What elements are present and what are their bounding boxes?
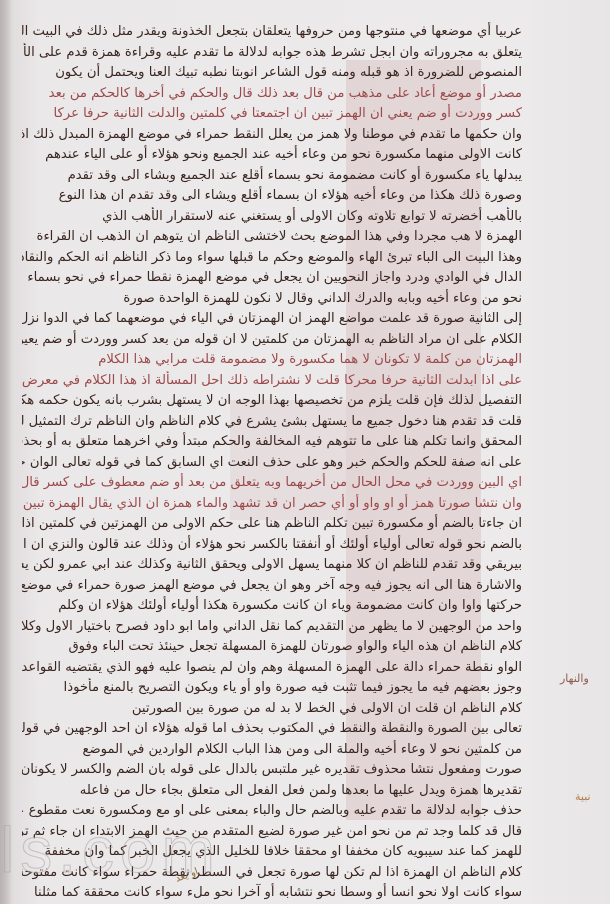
manuscript-line: وهذا البيت الى الباء تبرئ الهاء والموضع …: [22, 248, 522, 269]
manuscript-line: يتعلق به مجروراته وان ابجل تشرط هذه جواب…: [22, 43, 522, 64]
manuscript-line: حركتها واوا وان كانت مضمومة وياء ان كانت…: [22, 596, 522, 617]
manuscript-line: كسر ووردت أو ضم يعني ان الهمز تبين ان اج…: [22, 104, 522, 125]
manuscript-line: كلام الناظم ان هذه الياء والواو صورتان ل…: [22, 637, 522, 658]
manuscript-line: الدال في الوادي ودرد واجاز النحويين ان ي…: [22, 268, 522, 289]
watermark-text: ls.com: [0, 820, 320, 880]
manuscript-line: الكلام على ان مراد الناظم به الهمزتان من…: [22, 330, 522, 351]
manuscript-text-block: عربيا أي موضعها في منتوجها ومن حروفها يت…: [22, 22, 522, 822]
manuscript-line: وجوز بعضهم فيه ما يجوز فيما تثبت فيه صور…: [22, 678, 522, 699]
page-edge-shadow: [0, 0, 12, 904]
manuscript-line: وان نتشا صورتا همز أو او واو أو أي حصر ا…: [22, 494, 522, 515]
manuscript-line: من كلمتين نحو لا وعاء أخيه والملة الى وم…: [22, 740, 522, 761]
manuscript-line: وان حكمها ما تقدم في موطنا ولا همز من يع…: [22, 125, 522, 146]
manuscript-line: التفصيل لذلك فإن قلت يلزم من تخصيصها بهذ…: [22, 391, 522, 412]
manuscript-line: كلام الناظم ان قلت ان الاولى في الخط لا …: [22, 699, 522, 720]
manuscript-line: على انه صفة للحكم والحكم خبر وهو على حذف…: [22, 453, 522, 474]
manuscript-line: قلت قد تقدم هنا دخول جميع ما يستهل بشئ ي…: [22, 412, 522, 433]
manuscript-line: صورت ومفعول نتشا محذوف تقديره غير ملتبس …: [22, 760, 522, 781]
manuscript-line: تقديرها همزة ويدل عليها ما بعدها ولمن فع…: [22, 781, 522, 802]
manuscript-line: واحد من الوجهين لا ما يظهر من التقديم كم…: [22, 617, 522, 638]
manuscript-line: الهمزة لا هب مجردا وفي هذا الموضع بحث لا…: [22, 227, 522, 248]
manuscript-line: وصورة ذلك هكذا من وعاء أخيه هؤلاء ان بسم…: [22, 186, 522, 207]
manuscript-line: المحقق وانما تكلم هنا على ما تتوهم فيه ا…: [22, 432, 522, 453]
manuscript-line: عربيا أي موضعها في منتوجها ومن حروفها يت…: [22, 22, 522, 43]
margin-note: نبية: [575, 790, 591, 803]
manuscript-line: إلى الثانية صورة قد علمت مواضع الهمز ان …: [22, 309, 522, 330]
manuscript-line: ان جاءتا بالضم أو مكسورة تبين تكلم الناظ…: [22, 514, 522, 535]
manuscript-line: يبدلها ياء مكسورة أو كانت مضمومة نحو بسم…: [22, 166, 522, 187]
manuscript-line: الهمزتان من كلمة لا تكونان لا هما مكسورة…: [22, 350, 522, 371]
manuscript-line: اي البين ووردت في محل الحال من أخريهما و…: [22, 473, 522, 494]
manuscript-line: مصدر أو موضع أعاد على مذهب من قال بعد ذل…: [22, 84, 522, 105]
margin-note: والنهار: [560, 672, 589, 685]
manuscript-page: عربيا أي موضعها في منتوجها ومن حروفها يت…: [0, 0, 610, 904]
manuscript-line: تعالى بين الصورة والنقطة والنقط في المكت…: [22, 719, 522, 740]
manuscript-line: كانت الاولى منهما مكسورة نحو من وعاء أخي…: [22, 145, 522, 166]
manuscript-line: والاشارة هنا الى انه يجوز فيه وجه آخر وه…: [22, 576, 522, 597]
manuscript-line: نحو من وعاء أخيه وبابه والدرك الداني وقا…: [22, 289, 522, 310]
manuscript-line: على اذا ابدلت الثانية حرفا محركا قلت لا …: [22, 371, 522, 392]
manuscript-line: بالضم نحو قوله تعالى أولياء أولئك أو أنف…: [22, 535, 522, 556]
manuscript-line: الواو نقطة حمراء دالة على الهمزة المسهلة…: [22, 658, 522, 679]
manuscript-line: المنصوص للضرورة اذ هو قبله ومنه قول الشا…: [22, 63, 522, 84]
manuscript-line: سواء كانت اولا نحو انسا أو وسطا نحو نتشا…: [22, 883, 522, 904]
manuscript-line: بيريقي وقد تقدم للناظم ان كلا منهما يسهل…: [22, 555, 522, 576]
manuscript-line: بالأهب أخضرته لا توابع تلاوته وكان الاول…: [22, 207, 522, 228]
